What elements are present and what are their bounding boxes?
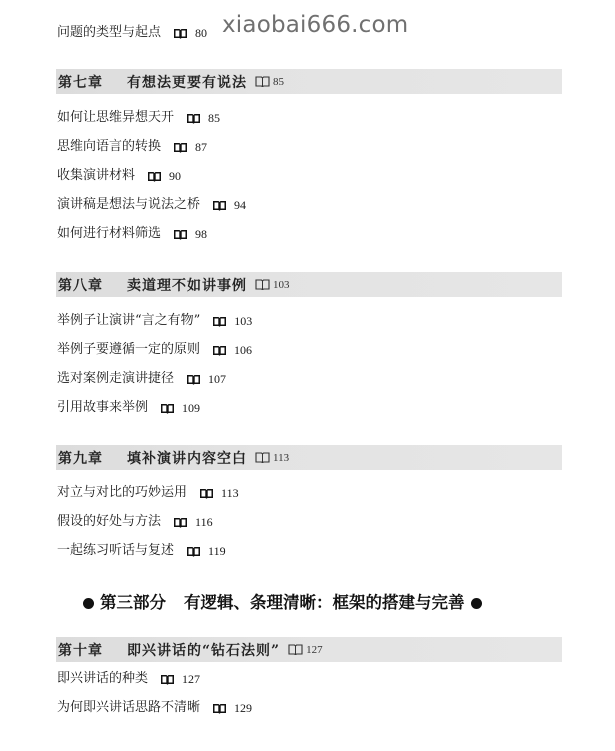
chapter-number: 第八章 xyxy=(58,275,103,295)
toc-entry-title: 即兴讲话的种类 xyxy=(57,669,148,689)
book-icon xyxy=(186,546,201,557)
page-number: 80 xyxy=(195,23,207,43)
part-heading[interactable]: 第三部分 有逻辑、条理清晰：框架的搭建与完善 xyxy=(83,591,482,615)
page-number: 116 xyxy=(195,512,213,532)
toc-entry[interactable]: 一起练习听话与复述 119 xyxy=(57,541,226,561)
book-icon xyxy=(186,374,201,385)
toc-entry-title: 一起练习听话与复述 xyxy=(57,541,174,561)
book-icon xyxy=(173,28,188,39)
chapter-heading-8[interactable]: 第八章 卖道理不如讲事例 103 xyxy=(56,272,562,297)
toc-entry[interactable]: 选对案例走演讲捷径 107 xyxy=(57,369,226,389)
watermark-text: xiaobai666.com xyxy=(222,12,408,38)
toc-entry-title: 如何让思维异想天开 xyxy=(57,108,174,128)
page-number: 113 xyxy=(221,483,239,503)
page-number: 113 xyxy=(273,452,289,464)
chapter-title: 即兴讲话的“钻石法则” xyxy=(127,640,280,660)
book-icon xyxy=(186,113,201,124)
toc-entry[interactable]: 思维向语言的转换 87 xyxy=(57,137,207,157)
book-icon xyxy=(173,229,188,240)
bullet-icon xyxy=(471,598,482,609)
part-title: 有逻辑、条理清晰：框架的搭建与完善 xyxy=(184,591,465,615)
toc-entry[interactable]: 演讲稿是想法与说法之桥 94 xyxy=(57,195,246,215)
book-icon xyxy=(147,171,162,182)
toc-entry[interactable]: 即兴讲话的种类 127 xyxy=(57,669,200,689)
book-icon xyxy=(288,644,303,655)
toc-entry[interactable]: 假设的好处与方法 116 xyxy=(57,512,213,532)
toc-entry-title: 为何即兴讲话思路不清晰 xyxy=(57,698,200,718)
toc-entry[interactable]: 举例子要遵循一定的原则 106 xyxy=(57,340,252,360)
toc-entry[interactable]: 举例子让演讲“言之有物” 103 xyxy=(57,311,252,331)
toc-entry[interactable]: 引用故事来举例 109 xyxy=(57,398,200,418)
toc-entry[interactable]: 如何进行材料筛选 98 xyxy=(57,224,207,244)
page-number: 87 xyxy=(195,137,207,157)
toc-entry[interactable]: 为何即兴讲话思路不清晰 129 xyxy=(57,698,252,718)
toc-entry-title: 举例子要遵循一定的原则 xyxy=(57,340,200,360)
book-icon xyxy=(160,674,175,685)
toc-entry[interactable]: 如何让思维异想天开 85 xyxy=(57,108,220,128)
chapter-title: 填补演讲内容空白 xyxy=(127,448,247,468)
book-icon xyxy=(255,279,270,290)
toc-entry-title: 假设的好处与方法 xyxy=(57,512,161,532)
book-icon xyxy=(173,517,188,528)
book-icon xyxy=(160,403,175,414)
chapter-number: 第十章 xyxy=(58,640,103,660)
chapter-title: 有想法更要有说法 xyxy=(127,72,247,92)
page-number: 127 xyxy=(306,644,323,656)
page-number: 98 xyxy=(195,224,207,244)
page-number: 107 xyxy=(208,369,226,389)
chapter-number: 第七章 xyxy=(58,72,103,92)
chapter-heading-7[interactable]: 第七章 有想法更要有说法 85 xyxy=(56,69,562,94)
toc-entry-title: 对立与对比的巧妙运用 xyxy=(57,483,187,503)
toc-entry[interactable]: 对立与对比的巧妙运用 113 xyxy=(57,483,239,503)
toc-entry-title: 举例子让演讲“言之有物” xyxy=(57,311,200,331)
toc-entry[interactable]: 收集演讲材料 90 xyxy=(57,166,181,186)
bullet-icon xyxy=(83,598,94,609)
book-icon xyxy=(212,200,227,211)
page-number: 106 xyxy=(234,340,252,360)
toc-entry-title: 问题的类型与起点 xyxy=(57,23,161,43)
chapter-heading-10[interactable]: 第十章 即兴讲话的“钻石法则” 127 xyxy=(56,637,562,662)
chapter-title: 卖道理不如讲事例 xyxy=(127,275,247,295)
toc-entry[interactable]: 问题的类型与起点 80 xyxy=(57,23,207,43)
page-number: 85 xyxy=(208,108,220,128)
toc-entry-title: 如何进行材料筛选 xyxy=(57,224,161,244)
book-icon xyxy=(255,452,270,463)
book-icon xyxy=(212,316,227,327)
page-number: 94 xyxy=(234,195,246,215)
page-number: 103 xyxy=(234,311,252,331)
toc-entry-title: 引用故事来举例 xyxy=(57,398,148,418)
book-icon xyxy=(199,488,214,499)
toc-entry-title: 选对案例走演讲捷径 xyxy=(57,369,174,389)
page-number: 109 xyxy=(182,398,200,418)
chapter-heading-9[interactable]: 第九章 填补演讲内容空白 113 xyxy=(56,445,562,470)
book-icon xyxy=(212,703,227,714)
page-number: 85 xyxy=(273,76,284,88)
chapter-number: 第九章 xyxy=(58,448,103,468)
page-number: 90 xyxy=(169,166,181,186)
book-icon xyxy=(212,345,227,356)
toc-entry-title: 演讲稿是想法与说法之桥 xyxy=(57,195,200,215)
book-icon xyxy=(173,142,188,153)
book-icon xyxy=(255,76,270,87)
page-number: 127 xyxy=(182,669,200,689)
page-number: 119 xyxy=(208,541,226,561)
toc-entry-title: 思维向语言的转换 xyxy=(57,137,161,157)
toc-entry-title: 收集演讲材料 xyxy=(57,166,135,186)
part-number: 第三部分 xyxy=(100,591,166,615)
page-number: 129 xyxy=(234,698,252,718)
page-number: 103 xyxy=(273,279,290,291)
